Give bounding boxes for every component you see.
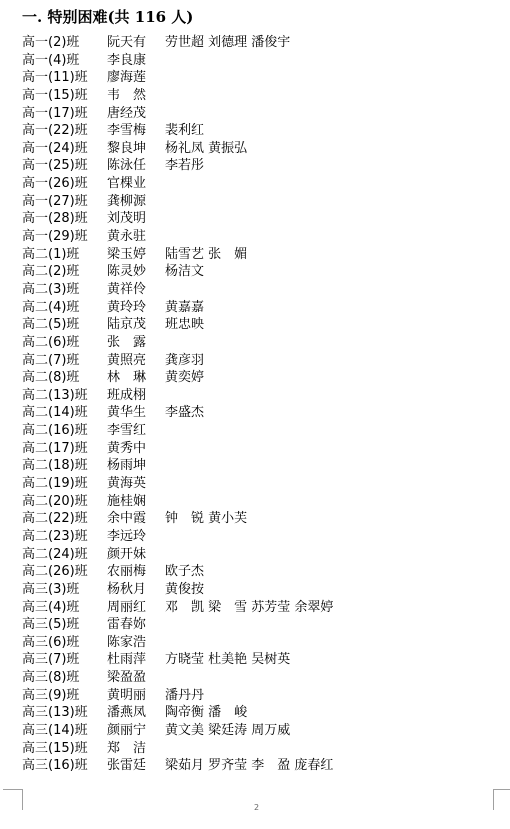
student-name-first: 陈泳任 xyxy=(107,157,146,175)
student-name-first: 陈灵妙 xyxy=(107,263,146,281)
student-name-first: 梁盈盈 xyxy=(107,669,146,687)
student-name-first: 黄海英 xyxy=(107,475,146,493)
class-label: 高三(9)班 xyxy=(22,687,79,705)
student-names-other: 陶帝衡 潘 峻 xyxy=(165,704,247,722)
student-name-first: 潘燕凤 xyxy=(107,704,146,722)
class-label: 高三(13)班 xyxy=(22,704,88,722)
class-label: 高二(17)班 xyxy=(22,440,88,458)
page-corner-mark-left xyxy=(3,789,23,810)
student-name-first: 农丽梅 xyxy=(107,563,146,581)
student-name-first: 颜开妹 xyxy=(107,546,146,564)
student-name-first: 陆京茂 xyxy=(107,316,146,334)
class-label: 高二(20)班 xyxy=(22,493,88,511)
student-name-first: 雷春妳 xyxy=(107,616,146,634)
class-label: 高三(5)班 xyxy=(22,616,79,634)
student-name-first: 黄祥伶 xyxy=(107,281,146,299)
student-names-other: 陆雪艺 张 媚 xyxy=(165,246,247,264)
class-label: 高一(25)班 xyxy=(22,157,88,175)
student-name-first: 班成栩 xyxy=(107,387,146,405)
student-name-first: 廖海莲 xyxy=(107,69,146,87)
student-name-first: 黄秀中 xyxy=(107,440,146,458)
student-name-first: 杜雨萍 xyxy=(107,651,146,669)
student-name-first: 杨秋月 xyxy=(107,581,146,599)
student-names-other: 杨礼凤 黄振弘 xyxy=(165,140,247,158)
class-label: 高二(26)班 xyxy=(22,563,88,581)
student-names-other: 邓 凯 梁 雪 苏芳莹 余翠婷 xyxy=(165,599,333,617)
class-label: 高二(24)班 xyxy=(22,546,88,564)
page-number: 2 xyxy=(254,803,259,812)
student-name-first: 颜丽宁 xyxy=(107,722,146,740)
student-name-first: 黎良坤 xyxy=(107,140,146,158)
class-label: 高一(29)班 xyxy=(22,228,88,246)
class-label: 高二(1)班 xyxy=(22,246,79,264)
class-label: 高一(4)班 xyxy=(22,52,79,70)
student-name-first: 陈家浩 xyxy=(107,634,146,652)
class-label: 高一(24)班 xyxy=(22,140,88,158)
class-label: 高二(13)班 xyxy=(22,387,88,405)
class-label: 高二(8)班 xyxy=(22,369,79,387)
student-names-other: 劳世超 刘德理 潘俊宇 xyxy=(165,34,290,52)
student-names-other: 钟 锐 黄小芙 xyxy=(165,510,247,528)
student-name-first: 梁玉婷 xyxy=(107,246,146,264)
student-name-first: 韦 然 xyxy=(107,87,146,105)
class-label: 高一(27)班 xyxy=(22,193,88,211)
student-names-other: 潘丹丹 xyxy=(165,687,204,705)
class-label: 高三(15)班 xyxy=(22,740,88,758)
class-label: 高三(7)班 xyxy=(22,651,79,669)
student-name-first: 张雷廷 xyxy=(107,757,146,775)
class-label: 高二(14)班 xyxy=(22,404,88,422)
class-label: 高二(4)班 xyxy=(22,299,79,317)
student-names-other: 黄俊按 xyxy=(165,581,204,599)
student-name-first: 刘茂明 xyxy=(107,210,146,228)
class-label: 高一(17)班 xyxy=(22,105,88,123)
student-names-other: 李盛杰 xyxy=(165,404,204,422)
class-label: 高一(15)班 xyxy=(22,87,88,105)
student-name-first: 黄照亮 xyxy=(107,352,146,370)
class-label: 高二(18)班 xyxy=(22,457,88,475)
student-name-first: 李雪红 xyxy=(107,422,146,440)
student-names-other: 黄奕婷 xyxy=(165,369,204,387)
student-names-other: 班忠映 xyxy=(165,316,204,334)
student-name-first: 黄玲玲 xyxy=(107,299,146,317)
student-names-other: 黄文美 梁廷涛 周万威 xyxy=(165,722,290,740)
student-name-first: 李雪梅 xyxy=(107,122,146,140)
student-names-other: 杨洁文 xyxy=(165,263,204,281)
student-name-first: 施桂娴 xyxy=(107,493,146,511)
page-corner-mark-right xyxy=(493,789,510,810)
class-label: 高二(22)班 xyxy=(22,510,88,528)
class-label: 高一(2)班 xyxy=(22,34,79,52)
student-names-other: 李若彤 xyxy=(165,157,204,175)
student-name-first: 龚柳源 xyxy=(107,193,146,211)
class-label: 高二(7)班 xyxy=(22,352,79,370)
section-heading: 一. 特别困难(共 116 人) xyxy=(22,6,193,27)
class-label: 高三(14)班 xyxy=(22,722,88,740)
class-label: 高一(11)班 xyxy=(22,69,88,87)
student-name-first: 郑 洁 xyxy=(107,740,146,758)
student-name-first: 张 露 xyxy=(107,334,146,352)
class-label: 高二(23)班 xyxy=(22,528,88,546)
student-name-first: 杨雨坤 xyxy=(107,457,146,475)
student-name-first: 李远玲 xyxy=(107,528,146,546)
class-label: 高二(2)班 xyxy=(22,263,79,281)
student-names-other: 龚彦羽 xyxy=(165,352,204,370)
class-label: 高三(6)班 xyxy=(22,634,79,652)
student-name-first: 黄华生 xyxy=(107,404,146,422)
student-name-first: 林 琳 xyxy=(107,369,146,387)
student-name-first: 官棵业 xyxy=(107,175,146,193)
student-name-first: 李良康 xyxy=(107,52,146,70)
class-label: 高三(4)班 xyxy=(22,599,79,617)
class-label: 高一(28)班 xyxy=(22,210,88,228)
class-label: 高三(3)班 xyxy=(22,581,79,599)
class-label: 高三(8)班 xyxy=(22,669,79,687)
class-label: 高二(6)班 xyxy=(22,334,79,352)
class-label: 高二(5)班 xyxy=(22,316,79,334)
student-name-first: 黄永驻 xyxy=(107,228,146,246)
student-name-first: 阮天有 xyxy=(107,34,146,52)
student-names-other: 黄嘉嘉 xyxy=(165,299,204,317)
student-names-other: 方晓莹 杜美艳 吴树英 xyxy=(165,651,290,669)
class-label: 高二(16)班 xyxy=(22,422,88,440)
student-name-first: 唐经茂 xyxy=(107,105,146,123)
student-names-other: 裴利红 xyxy=(165,122,204,140)
class-label: 高三(16)班 xyxy=(22,757,88,775)
class-label: 高一(26)班 xyxy=(22,175,88,193)
student-names-other: 梁茹月 罗齐莹 李 盈 庞春红 xyxy=(165,757,333,775)
student-name-first: 黄明丽 xyxy=(107,687,146,705)
class-label: 高一(22)班 xyxy=(22,122,88,140)
class-label: 高二(3)班 xyxy=(22,281,79,299)
class-label: 高二(19)班 xyxy=(22,475,88,493)
student-name-first: 余中霞 xyxy=(107,510,146,528)
student-name-first: 周丽红 xyxy=(107,599,146,617)
student-names-other: 欧子杰 xyxy=(165,563,204,581)
